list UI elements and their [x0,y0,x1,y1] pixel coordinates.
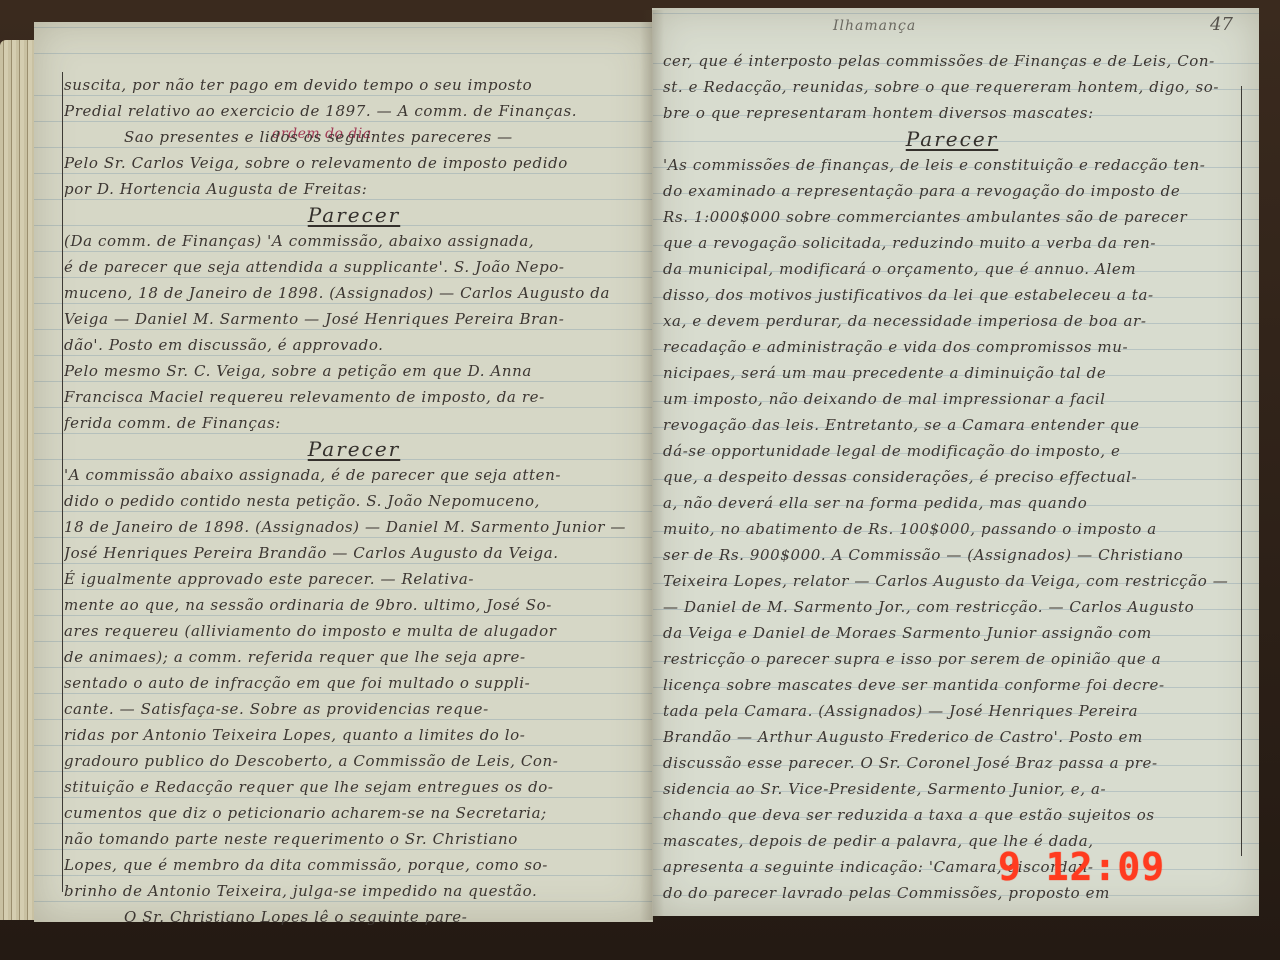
handwritten-line: licença sobre mascates deve ser mantida … [663,672,1241,698]
handwritten-line: mente ao que, na sessão ordinaria de 9br… [64,592,644,618]
handwritten-line: um imposto, não deixando de mal impressi… [663,386,1241,412]
handwritten-line: ares requereu (alliviamento do imposto e… [64,618,644,644]
left-page-text: suscita, por não ter pago em devido temp… [64,72,644,930]
handwritten-line: de animaes); a comm. referida requer que… [64,644,644,670]
handwritten-line: não tomando parte neste requerimento o S… [64,826,644,852]
handwritten-line: cer, que é interposto pelas commissões d… [663,48,1241,74]
handwritten-line: Brandão — Arthur Augusto Frederico de Ca… [663,724,1241,750]
handwritten-line: a, não deverá ella ser na forma pedida, … [663,490,1241,516]
handwritten-line: Predial relativo ao exercicio de 1897. —… [64,98,644,124]
handwritten-line: cante. — Satisfaça-se. Sobre as providen… [64,696,644,722]
left-margin-rule [62,72,63,892]
handwritten-line: 'A commissão abaixo assignada, é de pare… [64,462,644,488]
handwritten-line: nicipaes, será um mau precedente a dimin… [663,360,1241,386]
section-heading: Parecer [663,126,1241,152]
handwritten-line: 'As commissões de finanças, de leis e co… [663,152,1241,178]
handwritten-line: restricção o parecer supra e isso por se… [663,646,1241,672]
handwritten-line: é de parecer que seja attendida a suppli… [64,254,644,280]
handwritten-line: discussão esse parecer. O Sr. Coronel Jo… [663,750,1241,776]
handwritten-line: Pelo mesmo Sr. C. Veiga, sobre a petição… [64,358,644,384]
handwritten-line: do examinado a representação para a revo… [663,178,1241,204]
right-page: Ilhamança 47 cer, que é interposto pelas… [652,8,1259,916]
handwritten-line: revogação das leis. Entretanto, se a Cam… [663,412,1241,438]
handwritten-line: ridas por Antonio Teixeira Lopes, quanto… [64,722,644,748]
handwritten-line: gradouro publico do Descoberto, a Commis… [64,748,644,774]
handwritten-line: que a revogação solicitada, reduzindo mu… [663,230,1241,256]
handwritten-line: — Daniel de M. Sarmento Jor., com restri… [663,594,1241,620]
handwritten-line: stituição e Redacção requer que lhe seja… [64,774,644,800]
handwritten-line: brinho de Antonio Teixeira, julga-se imp… [64,878,644,904]
left-page-stack-edge [0,40,36,920]
page-number: 47 [1210,14,1233,35]
handwritten-line: dá-se opportunidade legal de modificação… [663,438,1241,464]
right-page-text: cer, que é interposto pelas commissões d… [663,48,1241,906]
handwritten-line: Francisca Maciel requereu relevamento de… [64,384,644,410]
handwritten-line: por D. Hortencia Augusta de Freitas: [64,176,644,202]
section-heading: Parecer [64,436,644,462]
handwritten-line: ferida comm. de Finanças: [64,410,644,436]
handwritten-line: muito, no abatimento de Rs. 100$000, pas… [663,516,1241,542]
handwritten-line: Lopes, que é membro da dita commissão, p… [64,852,644,878]
photographed-ledger: ordem do dia suscita, por não ter pago e… [0,0,1280,960]
handwritten-line: José Henriques Pereira Brandão — Carlos … [64,540,644,566]
handwritten-line: que, a despeito dessas considerações, é … [663,464,1241,490]
handwritten-line: É igualmente approvado este parecer. — R… [64,566,644,592]
handwritten-line: ser de Rs. 900$000. A Commissão — (Assig… [663,542,1241,568]
handwritten-line: Teixeira Lopes, relator — Carlos Augusto… [663,568,1241,594]
handwritten-line: recadação e administração e vida dos com… [663,334,1241,360]
handwritten-line: chando que deva ser reduzida a taxa a qu… [663,802,1241,828]
handwritten-line: dão'. Posto em discussão, é approvado. [64,332,644,358]
handwritten-line: bre o que representaram hontem diversos … [663,100,1241,126]
handwritten-line: xa, e devem perdurar, da necessidade imp… [663,308,1241,334]
left-page: ordem do dia suscita, por não ter pago e… [34,22,653,922]
handwritten-line: sidencia ao Sr. Vice-Presidente, Sarment… [663,776,1241,802]
handwritten-line: O Sr. Christiano Lopes lê o seguinte par… [64,904,644,930]
handwritten-line: disso, dos motivos justificativos da lei… [663,282,1241,308]
handwritten-line: cumentos que diz o peticionario acharem-… [64,800,644,826]
handwritten-line: Veiga — Daniel M. Sarmento — José Henriq… [64,306,644,332]
handwritten-line: Rs. 1:000$000 sobre commerciantes ambula… [663,204,1241,230]
handwritten-line: Pelo Sr. Carlos Veiga, sobre o relevamen… [64,150,644,176]
handwritten-line: Sao presentes e lidos os seguintes parec… [64,124,644,150]
camera-timestamp-overlay: 9 12:09 [998,845,1165,889]
handwritten-line: tada pela Camara. (Assignados) — José He… [663,698,1241,724]
handwritten-line: sentado o auto de infracção em que foi m… [64,670,644,696]
section-heading: Parecer [64,202,644,228]
handwritten-line: da Veiga e Daniel de Moraes Sarmento Jun… [663,620,1241,646]
handwritten-line: suscita, por não ter pago em devido temp… [64,72,644,98]
right-page-header: Ilhamança [833,18,916,34]
right-margin-rule [1241,86,1242,856]
handwritten-line: 18 de Janeiro de 1898. (Assignados) — Da… [64,514,644,540]
handwritten-line: muceno, 18 de Janeiro de 1898. (Assignad… [64,280,644,306]
handwritten-line: st. e Redacção, reunidas, sobre o que re… [663,74,1241,100]
handwritten-line: (Da comm. de Finanças) 'A commissão, aba… [64,228,644,254]
handwritten-line: da municipal, modificará o orçamento, qu… [663,256,1241,282]
handwritten-line: dido o pedido contido nesta petição. S. … [64,488,644,514]
